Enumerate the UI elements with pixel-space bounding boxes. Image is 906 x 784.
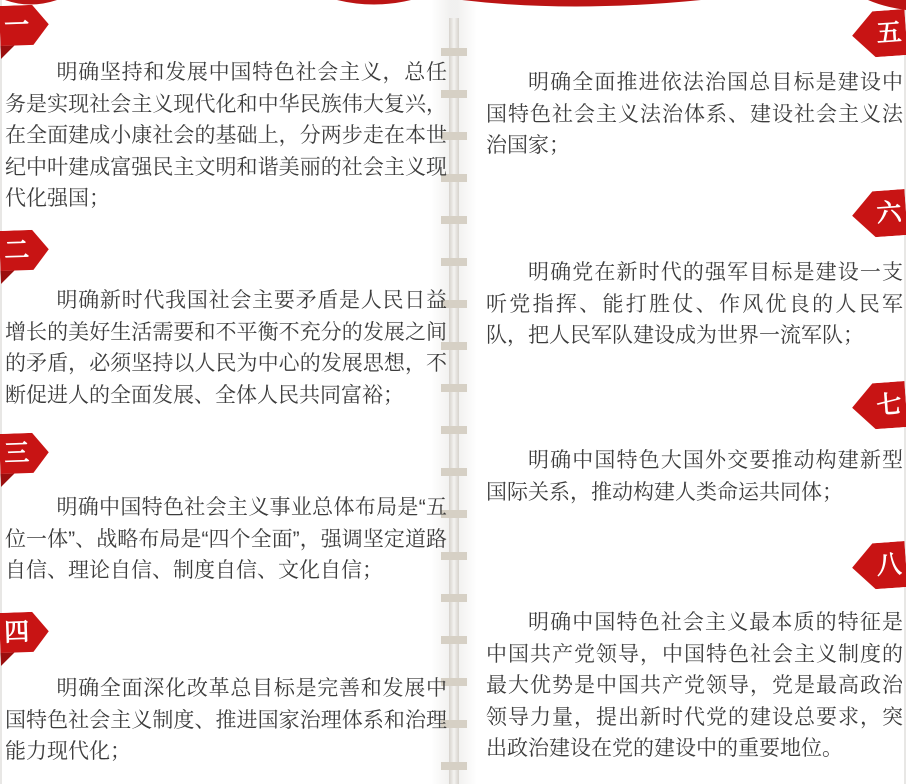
flag-fold-shape [0,271,14,284]
section-4-number: 四 [0,612,34,653]
top-ribbon-decoration [0,0,906,20]
section-3-number: 三 [0,433,34,474]
ribbon-sliver-top-left [5,0,57,5]
section-8-marker: 八 [851,541,906,591]
section-6-number: 六 [870,189,906,237]
flag-fold-shape [0,474,14,487]
section-8-number: 八 [870,541,906,589]
infographic-page: 一 二 三 四 五 六 七 八 明确坚持和发展中国特色社会主义，总任务是实现社会… [0,0,906,784]
section-7-text: 明确中国特色大国外交要推动构建新型国际关系，推动构建人类命运共同体； [486,445,903,508]
section-3-text: 明确中国特色社会主义事业总体布局是“五位一体”、战略布局是“四个全面”，强调坚定… [5,492,447,587]
section-2-number: 二 [0,230,34,271]
section-5-marker: 五 [851,9,906,59]
flag-fold-shape [0,653,14,666]
section-8-text: 明确中国特色社会主义最本质的特征是中国共产党领导，中国特色社会主义制度的最大优势… [486,607,903,765]
section-5-number: 五 [870,9,906,57]
section-6-text: 明确党在新时代的强军目标是建设一支听党指挥、能打胜仗、作风优良的人民军队，把人民… [486,257,903,352]
section-2-marker: 二 [0,229,51,284]
section-6-marker: 六 [851,189,906,239]
section-4-marker: 四 [0,611,51,666]
left-page-edge [0,0,2,784]
section-5-text: 明确全面推进依法治国总目标是建设中国特色社会主义法治体系、建设社会主义法治国家； [486,67,903,162]
section-2-text: 明确新时代我国社会主要矛盾是人民日益增长的美好生活需要和不平衡不充分的发展之间的… [5,285,447,411]
ribbon-sliver-center-left [337,0,411,5]
section-1-number: 一 [0,5,34,46]
section-7-number: 七 [870,381,906,429]
ribbon-sliver-center-right [462,0,701,7]
section-3-marker: 三 [0,432,51,487]
section-7-marker: 七 [851,381,906,431]
section-4-text: 明确全面深化改革总目标是完善和发展中国特色社会主义制度、推进国家治理体系和治理能… [5,673,447,768]
section-1-marker: 一 [0,4,51,59]
section-1-text: 明确坚持和发展中国特色社会主义，总任务是实现社会主义现代化和中华民族伟大复兴，在… [5,57,447,215]
